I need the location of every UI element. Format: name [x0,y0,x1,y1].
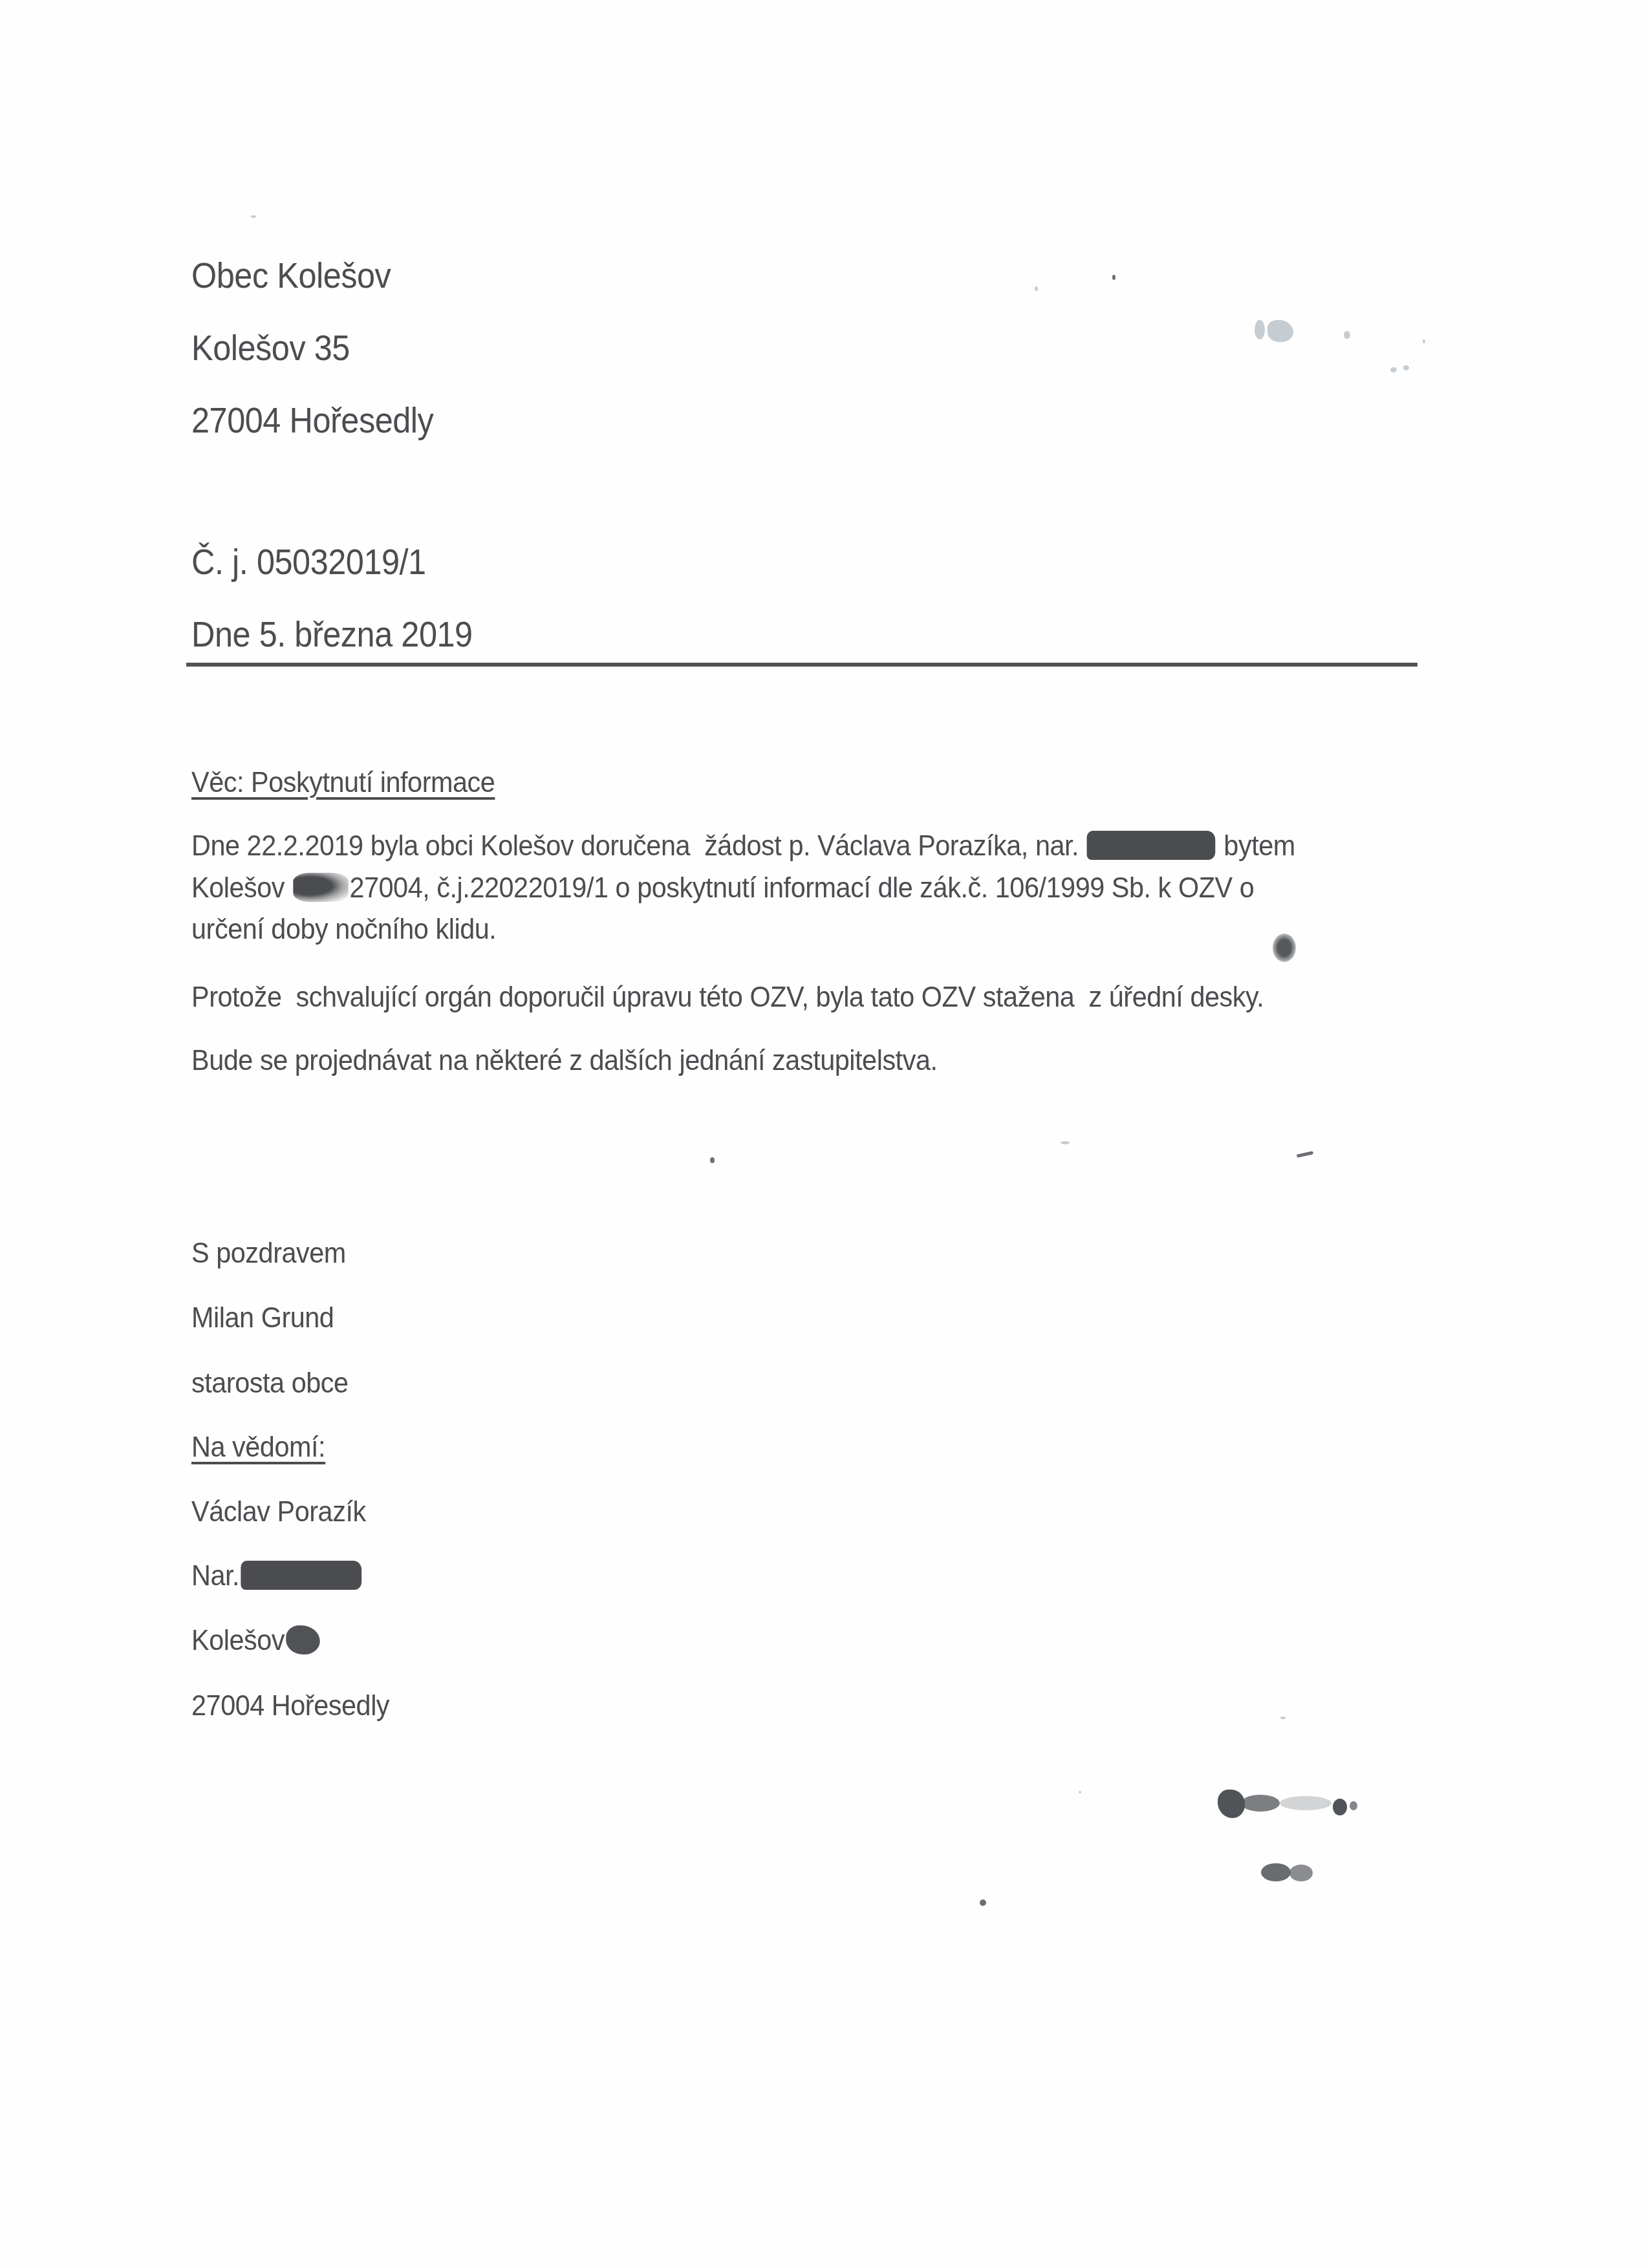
redaction-house-number: 00, [293,873,349,902]
signer-name: Milan Grund [191,1303,334,1332]
sender-name: Obec Kolešov [191,257,391,294]
scan-speck [1061,1141,1070,1144]
body-paragraph-1-line-2: Kolešov 00, 27004, č.j.22022019/1 o posk… [191,873,1254,902]
body-paragraph-2: Protože schvalující orgán doporučil úpra… [191,982,1264,1011]
scan-blot [1273,934,1296,962]
cc-street-text: Kolešov [191,1623,285,1656]
stamp-remnant [1261,1862,1314,1883]
letter-date: Dne 5. března 2019 [191,616,473,652]
scan-speck [1423,339,1425,343]
scan-speck [1255,320,1265,339]
redaction-birth-date: 00.0.0000 [241,1561,361,1590]
scan-speck [1390,367,1397,372]
subject-line: Věc: Poskytnutí informace [191,767,495,797]
scan-speck [1079,1791,1081,1793]
cc-address-street: Kolešov00 [191,1625,321,1654]
body-text: bytem [1216,829,1295,862]
body-text: Dne 22.2.2019 byla obci Kolešov doručena… [191,829,1086,862]
scan-speck [1112,275,1115,280]
body-paragraph-1-line-3: určení doby nočního klidu. [191,914,496,943]
scan-speck [1267,320,1293,342]
cc-name: Václav Porazík [191,1497,366,1526]
closing-greeting: S pozdravem [191,1238,346,1267]
sender-city: 27004 Hořesedly [191,402,433,438]
reference-number: Č. j. 05032019/1 [191,544,426,580]
scan-speck [1297,1151,1313,1157]
scan-speck [1035,286,1038,291]
scan-speck [980,1899,986,1906]
header-divider [186,663,1417,667]
redaction-house-number: 00 [286,1625,319,1654]
redaction-birth-date: 00.0.0000, [1087,831,1215,860]
scan-speck [710,1157,715,1163]
scan-speck [1344,331,1350,339]
cc-birth-label: Nar. [191,1559,239,1592]
scan-speck [251,215,256,218]
body-text: 27004, č.j.22022019/1 o poskytnutí infor… [349,871,1254,904]
cc-label: Na vědomí: [191,1432,325,1461]
scan-speck [1403,365,1409,370]
sender-street: Kolešov 35 [191,330,350,366]
scanned-letter-page: Obec Kolešov Kolešov 35 27004 Hořesedly … [0,0,1649,2268]
body-paragraph-1-line-1: Dne 22.2.2019 byla obci Kolešov doručena… [191,831,1295,860]
scan-speck [1280,1717,1286,1719]
signer-title: starosta obce [191,1368,349,1397]
stamp-remnant [1218,1790,1360,1819]
cc-address-city: 27004 Hořesedly [191,1691,389,1720]
cc-birth-line: Nar.00.0.0000 [191,1561,363,1590]
body-paragraph-3: Bude se projednávat na některé z dalších… [191,1045,938,1075]
body-text: Kolešov [191,871,292,904]
